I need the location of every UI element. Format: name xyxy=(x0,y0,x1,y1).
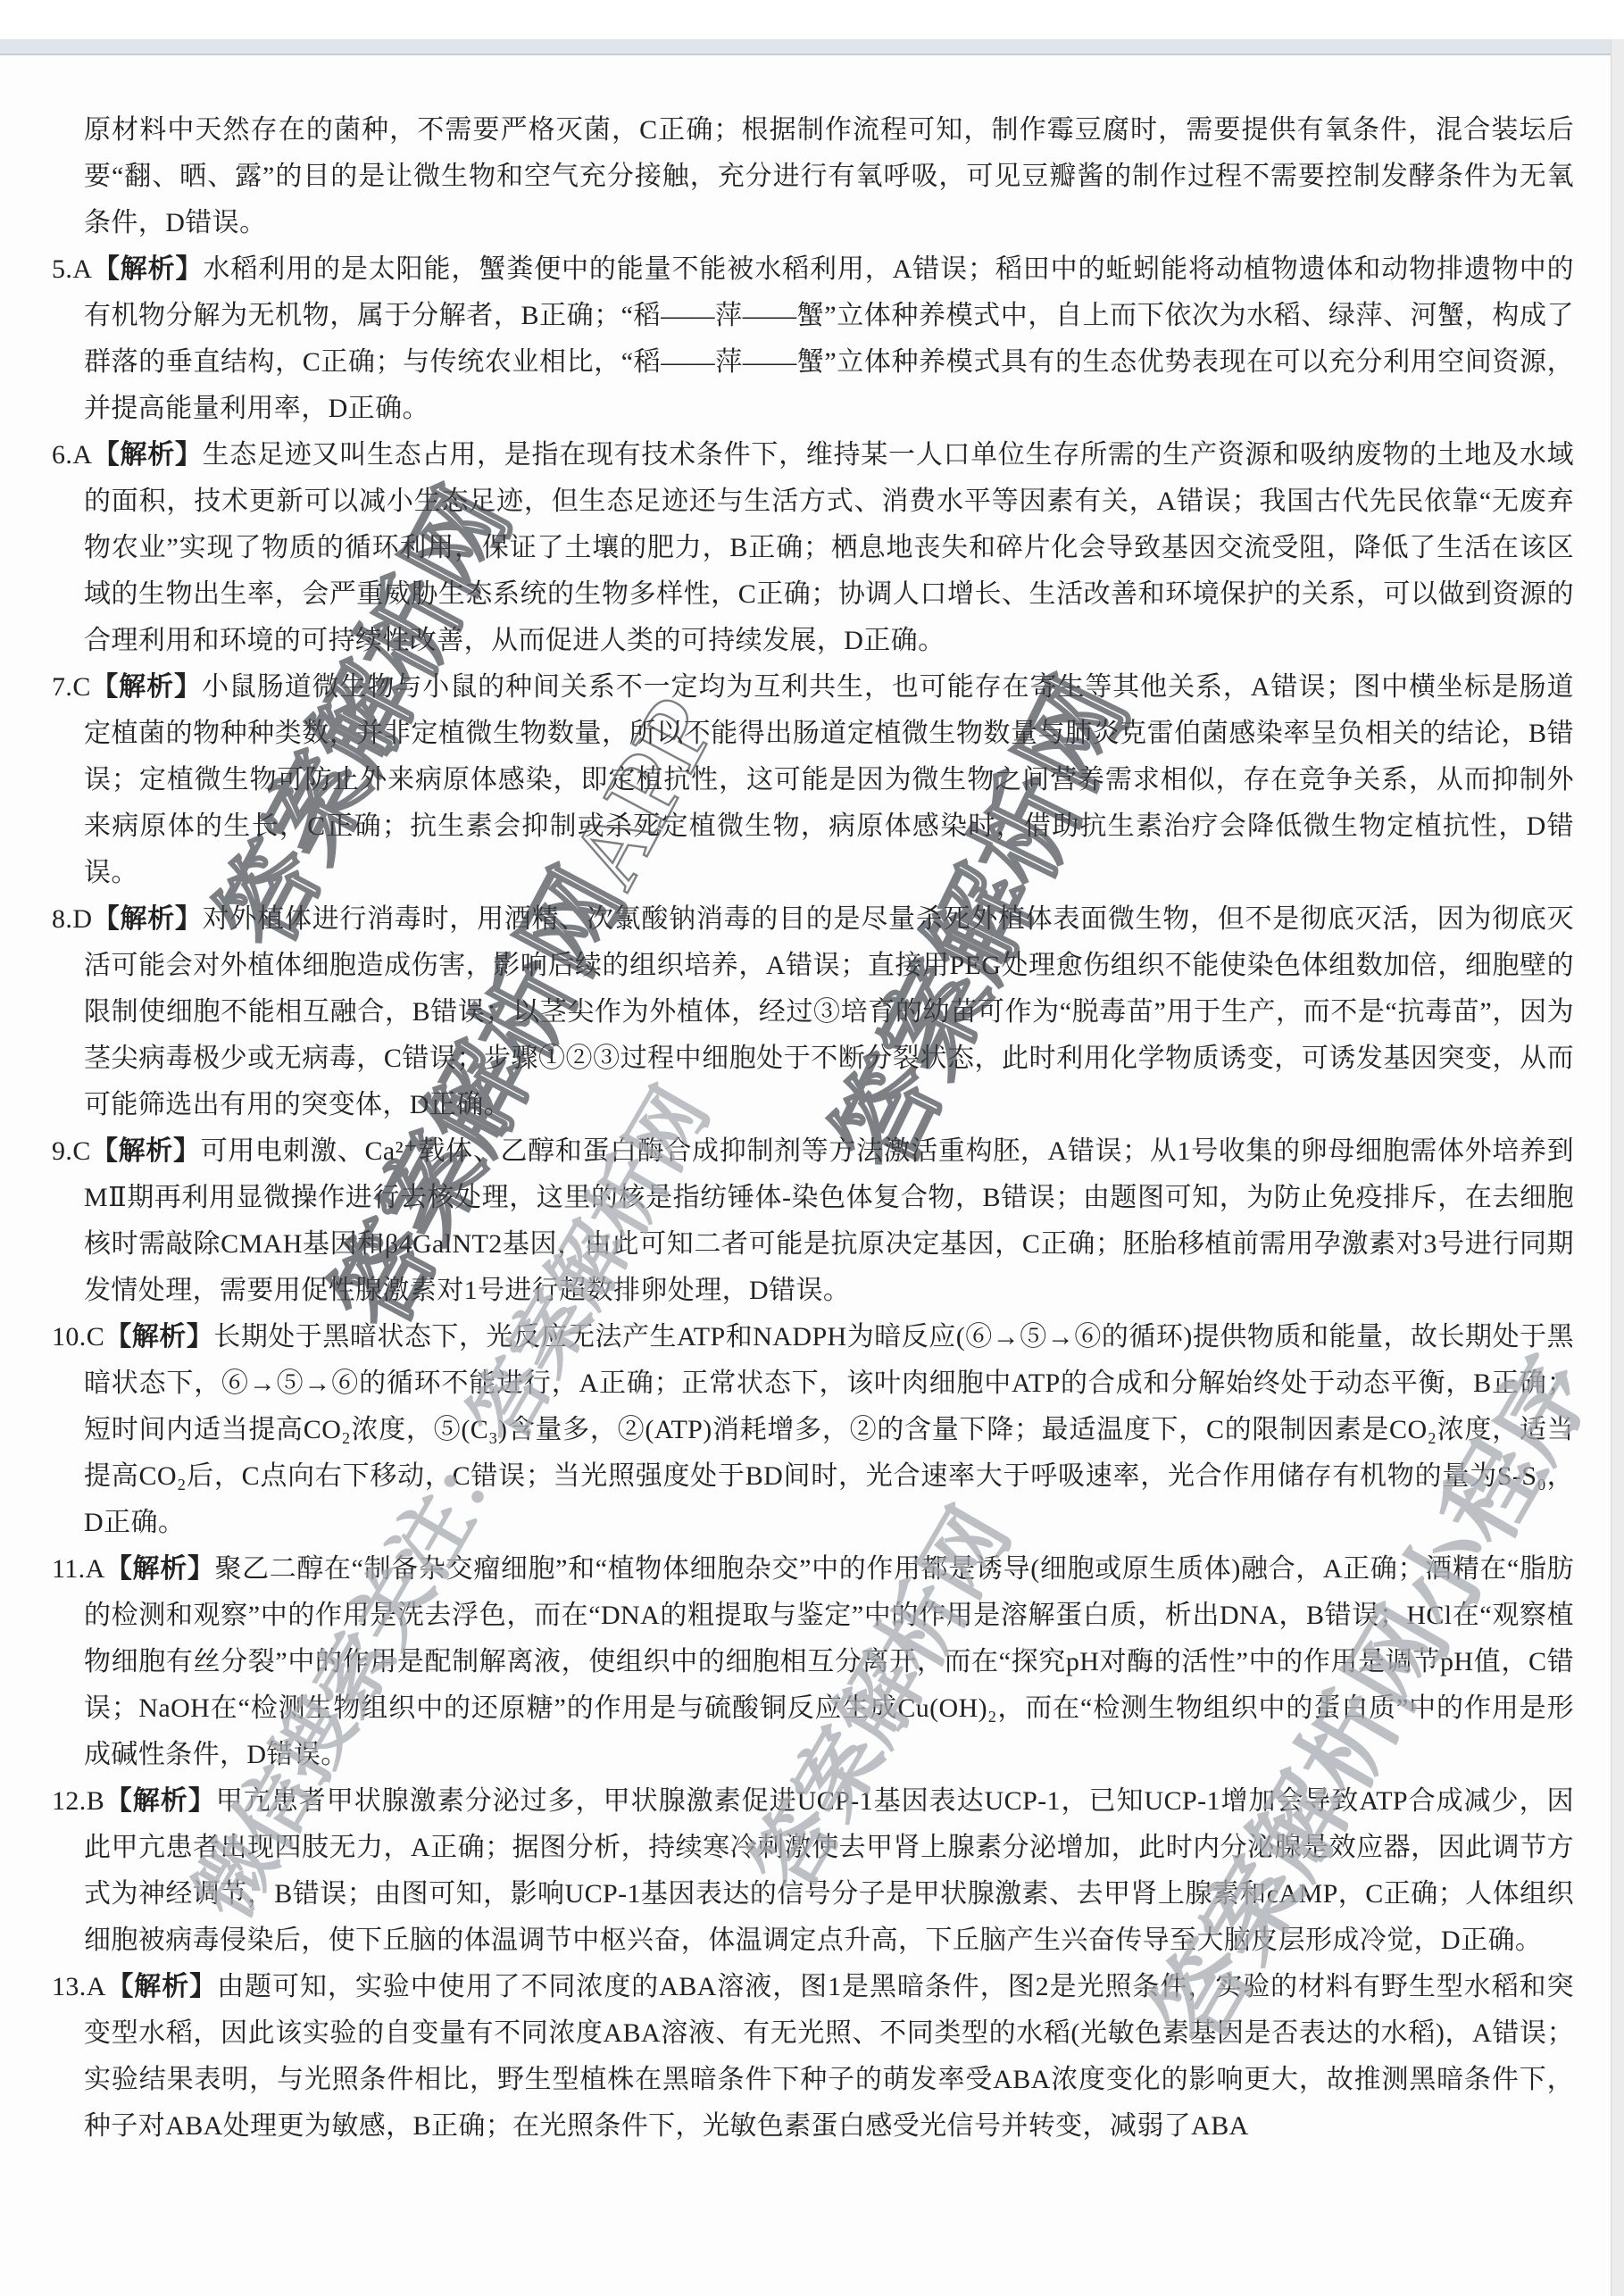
answer-item-list: 5.A【解析】水稻利用的是太阳能，蟹粪便中的能量不能被水稻利用，A错误；稻田中的… xyxy=(52,246,1574,2150)
jiexi-label: 【解析】 xyxy=(104,1786,216,1816)
scan-top-margin xyxy=(0,0,1624,39)
item-number: 11. xyxy=(52,1554,86,1584)
item-number: 10. xyxy=(52,1322,87,1352)
item-text: 对外植体进行消毒时，用酒精、次氯酸钠消毒的目的是尽量杀死外植体表面微生物，但不是… xyxy=(84,904,1574,1119)
item-number: 6. xyxy=(52,440,72,470)
item-number: 7. xyxy=(52,672,72,702)
item-answer: C xyxy=(72,672,90,702)
item-text: 长期处于黑暗状态下，光反应无法产生ATP和NADPH为暗反应(⑥→⑤→⑥的循环)… xyxy=(84,1322,1574,1537)
answer-item: 13.A【解析】由题可知，实验中使用了不同浓度的ABA溶液，图1是黑暗条件，图2… xyxy=(52,1964,1574,2150)
answer-item: 11.A【解析】聚乙二醇在“制备杂交瘤细胞”和“植物体细胞杂交”中的作用都是诱导… xyxy=(52,1546,1574,1778)
jiexi-label: 【解析】 xyxy=(106,1972,217,2001)
item-answer: A xyxy=(86,1554,105,1584)
item-text: 小鼠肠道微生物与小鼠的种间关系不一定均为互利共生，也可能存在寄生等其他关系，A错… xyxy=(84,672,1574,887)
item-answer: C xyxy=(87,1322,104,1352)
jiexi-label: 【解析】 xyxy=(104,1322,213,1352)
jiexi-label: 【解析】 xyxy=(92,254,203,284)
answer-item: 5.A【解析】水稻利用的是太阳能，蟹粪便中的能量不能被水稻利用，A错误；稻田中的… xyxy=(52,246,1574,432)
item-answer: A xyxy=(87,1972,106,2001)
item-number: 5. xyxy=(52,254,72,284)
jiexi-label: 【解析】 xyxy=(92,440,202,470)
item-text: 水稻利用的是太阳能，蟹粪便中的能量不能被水稻利用，A错误；稻田中的蚯蚓能将动植物… xyxy=(84,254,1574,423)
answer-item: 9.C【解析】可用电刺激、Ca²⁺载体、乙醇和蛋白酶合成抑制剂等方法激活重构胚，… xyxy=(52,1128,1574,1314)
item-answer: D xyxy=(72,904,92,934)
answer-item: 12.B【解析】甲亢患者甲状腺激素分泌过多，甲状腺激素促进UCP-1基因表达UC… xyxy=(52,1778,1574,1964)
intro-paragraph: 原材料中天然存在的菌种，不需要严格灭菌，C正确；根据制作流程可知，制作霉豆腐时，… xyxy=(52,107,1574,246)
jiexi-label: 【解析】 xyxy=(91,1136,201,1166)
jiexi-label: 【解析】 xyxy=(105,1554,215,1584)
scan-right-edge xyxy=(1611,39,1624,2296)
jiexi-label: 【解析】 xyxy=(91,672,202,702)
item-text: 甲亢患者甲状腺激素分泌过多，甲状腺激素促进UCP-1基因表达UCP-1，已知UC… xyxy=(84,1786,1574,1955)
answer-explanations: 原材料中天然存在的菌种，不需要严格灭菌，C正确；根据制作流程可知，制作霉豆腐时，… xyxy=(52,107,1574,2150)
scan-top-edge xyxy=(0,39,1624,55)
item-text: 可用电刺激、Ca²⁺载体、乙醇和蛋白酶合成抑制剂等方法激活重构胚，A错误；从1号… xyxy=(84,1136,1574,1305)
answer-item: 7.C【解析】小鼠肠道微生物与小鼠的种间关系不一定均为互利共生，也可能存在寄生等… xyxy=(52,664,1574,896)
item-text: 由题可知，实验中使用了不同浓度的ABA溶液，图1是黑暗条件，图2是光照条件，实验… xyxy=(84,1972,1574,2141)
item-number: 13. xyxy=(52,1972,87,2001)
item-text: 聚乙二醇在“制备杂交瘤细胞”和“植物体细胞杂交”中的作用都是诱导(细胞或原生质体… xyxy=(84,1554,1574,1769)
answer-item: 8.D【解析】对外植体进行消毒时，用酒精、次氯酸钠消毒的目的是尽量杀死外植体表面… xyxy=(52,896,1574,1128)
item-number: 8. xyxy=(52,904,72,934)
jiexi-label: 【解析】 xyxy=(92,904,202,934)
item-answer: A xyxy=(72,254,92,284)
item-answer: B xyxy=(87,1786,104,1816)
item-answer: C xyxy=(72,1136,90,1166)
scanned-answer-page: 原材料中天然存在的菌种，不需要严格灭菌，C正确；根据制作流程可知，制作霉豆腐时，… xyxy=(0,0,1624,2296)
answer-item: 6.A【解析】生态足迹又叫生态占用，是指在现有技术条件下，维持某一人口单位生存所… xyxy=(52,432,1574,664)
item-number: 12. xyxy=(52,1786,87,1816)
item-answer: A xyxy=(72,440,92,470)
answer-item: 10.C【解析】长期处于黑暗状态下，光反应无法产生ATP和NADPH为暗反应(⑥… xyxy=(52,1314,1574,1546)
item-text: 生态足迹又叫生态占用，是指在现有技术条件下，维持某一人口单位生存所需的生产资源和… xyxy=(84,440,1574,655)
item-number: 9. xyxy=(52,1136,72,1166)
